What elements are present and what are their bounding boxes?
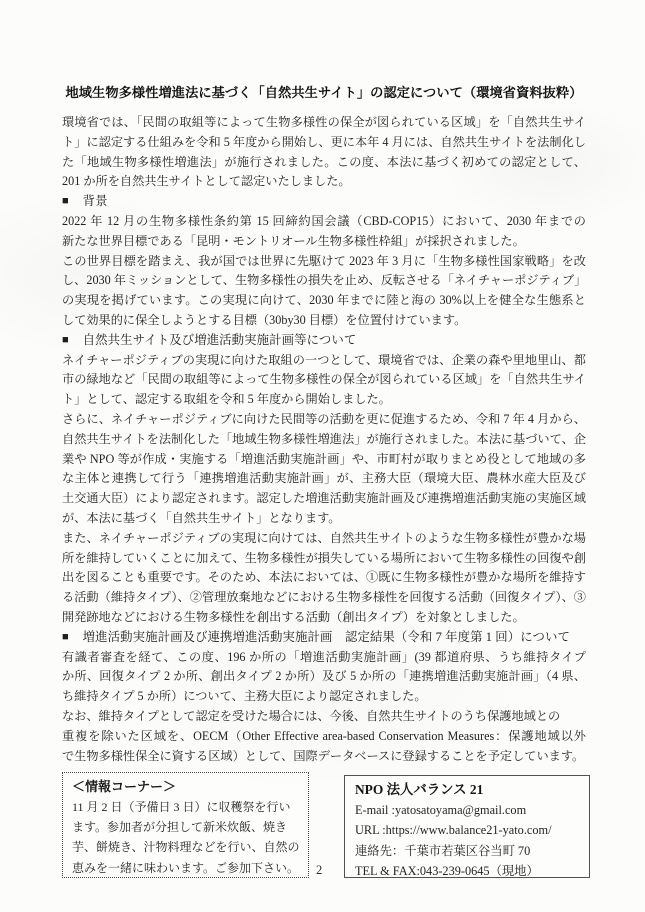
section-heading-text: 増進活動実施計画及び連携増進活動実施計画 認定結果（令和 7 年度第 1 回）に… (83, 630, 570, 644)
document-body: 環境省では、「民間の取組等によって生物多様性の保全が図られている区域」を「自然共… (62, 113, 586, 766)
document-content: 地域生物多様性増進法に基づく「自然共生サイト」の認定について（環境省資料抜粋） … (62, 83, 586, 766)
paragraph: 2022 年 12 月の生物多様性条約第 15 回締約国会議（CBD-COP15… (62, 212, 586, 252)
npo-contact-line: URL :https://www.balance21-yato.com/ (355, 820, 581, 840)
npo-contact-line: TEL & FAX:043-239-0645（現地） (355, 861, 581, 881)
section-heading: ■増進活動実施計画及び連携増進活動実施計画 認定結果（令和 7 年度第 1 回）… (62, 628, 586, 648)
text-line: なお、維持タイプとして認定を受けた場合には、今後、自然共生サイトのうち保護地域と… (62, 707, 586, 727)
text-line: が、本法に基づく「自然共生サイト」となります。 (62, 509, 586, 529)
text-line: ト」に認定する仕組みを令和 5 年度から開始し、更に本年 4 月には、自然共生サ… (62, 133, 586, 153)
info-corner-box: ＜情報コーナー＞ 11 月 2 日（予備日 3 日）に収穫祭を行います。参加者が… (62, 772, 309, 878)
section-heading-text: 自然共生サイト及び増進活動実施計画等について (83, 333, 357, 347)
section-heading-text: 背景 (83, 194, 108, 208)
text-line: で生物多様性保全に資する区域）として、国際データベースに登録することを予定してい… (62, 747, 586, 767)
text-line: して効果的に保全しようとする目標（30by30 目標）を位置付けています。 (62, 311, 586, 331)
page-number: 2 (316, 863, 322, 878)
text-line: し、2030 年ミッションとして、生物多様性の損失を止め、反転させる「ネイチャー… (62, 271, 586, 291)
text-line: 出を図ることも重要です。そのため、本法においては、①既に生物多様性が豊かな場所を… (62, 568, 586, 588)
npo-contact-lines: E-mail :yatosatoyama@gmail.comURL :https… (355, 800, 581, 882)
text-line: の実現を掲げています。この実現に向けて、2030 年までに陸と海の 30%以上を… (62, 291, 586, 311)
paragraph: また、ネイチャーポジティブの実現に向けては、自然共生サイトのような生物多様性が豊… (62, 529, 586, 628)
text-line: ち維持タイプ 5 か所）について、主務大臣により認定されました。 (62, 687, 586, 707)
text-line: 環境省では、「民間の取組等によって生物多様性の保全が図られている区域」を「自然共… (62, 113, 586, 133)
text-line: か所、回復タイプ 2 か所、創出タイプ 2 か所）及び 5 か所の「連携増進活動… (62, 667, 586, 687)
npo-contact-box: NPO 法人バランス 21 E-mail :yatosatoyama@gmail… (344, 775, 590, 878)
info-corner-line: 11 月 2 日（予備日 3 日）に収穫祭を行い (72, 797, 300, 817)
text-line: る活動（維持タイプ）、②管理放棄地などにおける生物多様性を回復する活動（回復タイ… (62, 588, 586, 608)
paragraph: ネイチャーポジティブの実現に向けた取組の一つとして、環境省では、企業の森や里地里… (62, 351, 586, 410)
section-heading: ■背景 (62, 192, 586, 212)
info-corner-lines: 11 月 2 日（予備日 3 日）に収穫祭を行います。参加者が分担して新米炊飯、… (72, 797, 300, 878)
paragraph: 有識者審査を経て、この度、196 か所の「増進活動実施計画」(39 都道府県、う… (62, 648, 586, 707)
text-line: さらに、ネイチャーポジティブに向けた民間等の活動を更に促進するため、令和 7 年… (62, 410, 586, 430)
paragraph: なお、維持タイプとして認定を受けた場合には、今後、自然共生サイトのうち保護地域と… (62, 707, 586, 727)
text-line: 有識者審査を経て、この度、196 か所の「増進活動実施計画」(39 都道府県、う… (62, 648, 586, 668)
paragraph: 環境省では、「民間の取組等によって生物多様性の保全が図られている区域」を「自然共… (62, 113, 586, 192)
npo-contact-line: 連絡先：千葉市若葉区谷当町 70 (355, 841, 581, 861)
paragraph: 重複を除いた区域を、OECM（Other Effective area-base… (62, 727, 586, 767)
info-corner-line: 恵みを一緒に味わいます。ご参加下さい。 (72, 858, 300, 878)
text-line: た「地域生物多様性増進法」が施行されました。この度、本法に基づく初めての認定とし… (62, 153, 586, 173)
text-line: 市の緑地など「民間の取組等によって生物多様性の保全が図られている区域」を「自然共… (62, 370, 586, 390)
paragraph: さらに、ネイチャーポジティブに向けた民間等の活動を更に促進するため、令和 7 年… (62, 410, 586, 529)
text-line: この世界目標を踏まえ、我が国では世界に先駆けて 2023 年 3 月に「生物多様… (62, 252, 586, 272)
text-line: 新たな世界目標である「昆明・モントリオール生物多様性枠組」が採択されました。 (62, 232, 586, 252)
scanned-document-page: 地域生物多様性増進法に基づく「自然共生サイト」の認定について（環境省資料抜粋） … (0, 0, 645, 912)
text-line: 所を維持していくことに加えて、生物多様性が損失している場所において生物多様性の回… (62, 549, 586, 569)
text-line: 業や NPO 等が作成・実施する「増進活動実施計画」や、市町村が取りまとめ役とし… (62, 450, 586, 470)
info-corner-line: 芋、餅焼き、汁物料理などを行い、自然の (72, 837, 300, 857)
text-line: ネイチャーポジティブの実現に向けた取組の一つとして、環境省では、企業の森や里地里… (62, 351, 586, 371)
info-corner-title: ＜情報コーナー＞ (72, 776, 300, 797)
text-line: な主体と連携して行う「連携増進活動実施計画」が、主務大臣（環境大臣、農林水産大臣… (62, 469, 586, 489)
square-bullet-icon: ■ (62, 334, 69, 346)
text-line: 自然共生サイトを法制化した「地域生物多様性増進法」が施行されました。本法に基づい… (62, 430, 586, 450)
text-line: また、ネイチャーポジティブの実現に向けては、自然共生サイトのような生物多様性が豊… (62, 529, 586, 549)
text-line: 201 か所を自然共生サイトとして認定いたしました。 (62, 172, 586, 192)
info-corner-line: ます。参加者が分担して新米炊飯、焼き (72, 817, 300, 837)
paragraph: この世界目標を踏まえ、我が国では世界に先駆けて 2023 年 3 月に「生物多様… (62, 252, 586, 331)
text-line: 土交通大臣）により認定されます。認定した増進活動実施計画及び連携増進活動実施の実… (62, 489, 586, 509)
section-heading: ■自然共生サイト及び増進活動実施計画等について (62, 331, 586, 351)
text-line: ト」として、認定する取組を令和 5 年度から開始しました。 (62, 390, 586, 410)
text-line: 開発跡地などにおける生物多様性を創出する活動（創出タイプ）を対象としました。 (62, 608, 586, 628)
text-line: 重複を除いた区域を、OECM（Other Effective area-base… (62, 727, 586, 747)
npo-contact-line: E-mail :yatosatoyama@gmail.com (355, 800, 581, 820)
npo-box-title: NPO 法人バランス 21 (355, 779, 581, 800)
square-bullet-icon: ■ (62, 631, 69, 643)
text-line: 2022 年 12 月の生物多様性条約第 15 回締約国会議（CBD-COP15… (62, 212, 586, 232)
document-title: 地域生物多様性増進法に基づく「自然共生サイト」の認定について（環境省資料抜粋） (62, 83, 586, 103)
square-bullet-icon: ■ (62, 195, 69, 207)
